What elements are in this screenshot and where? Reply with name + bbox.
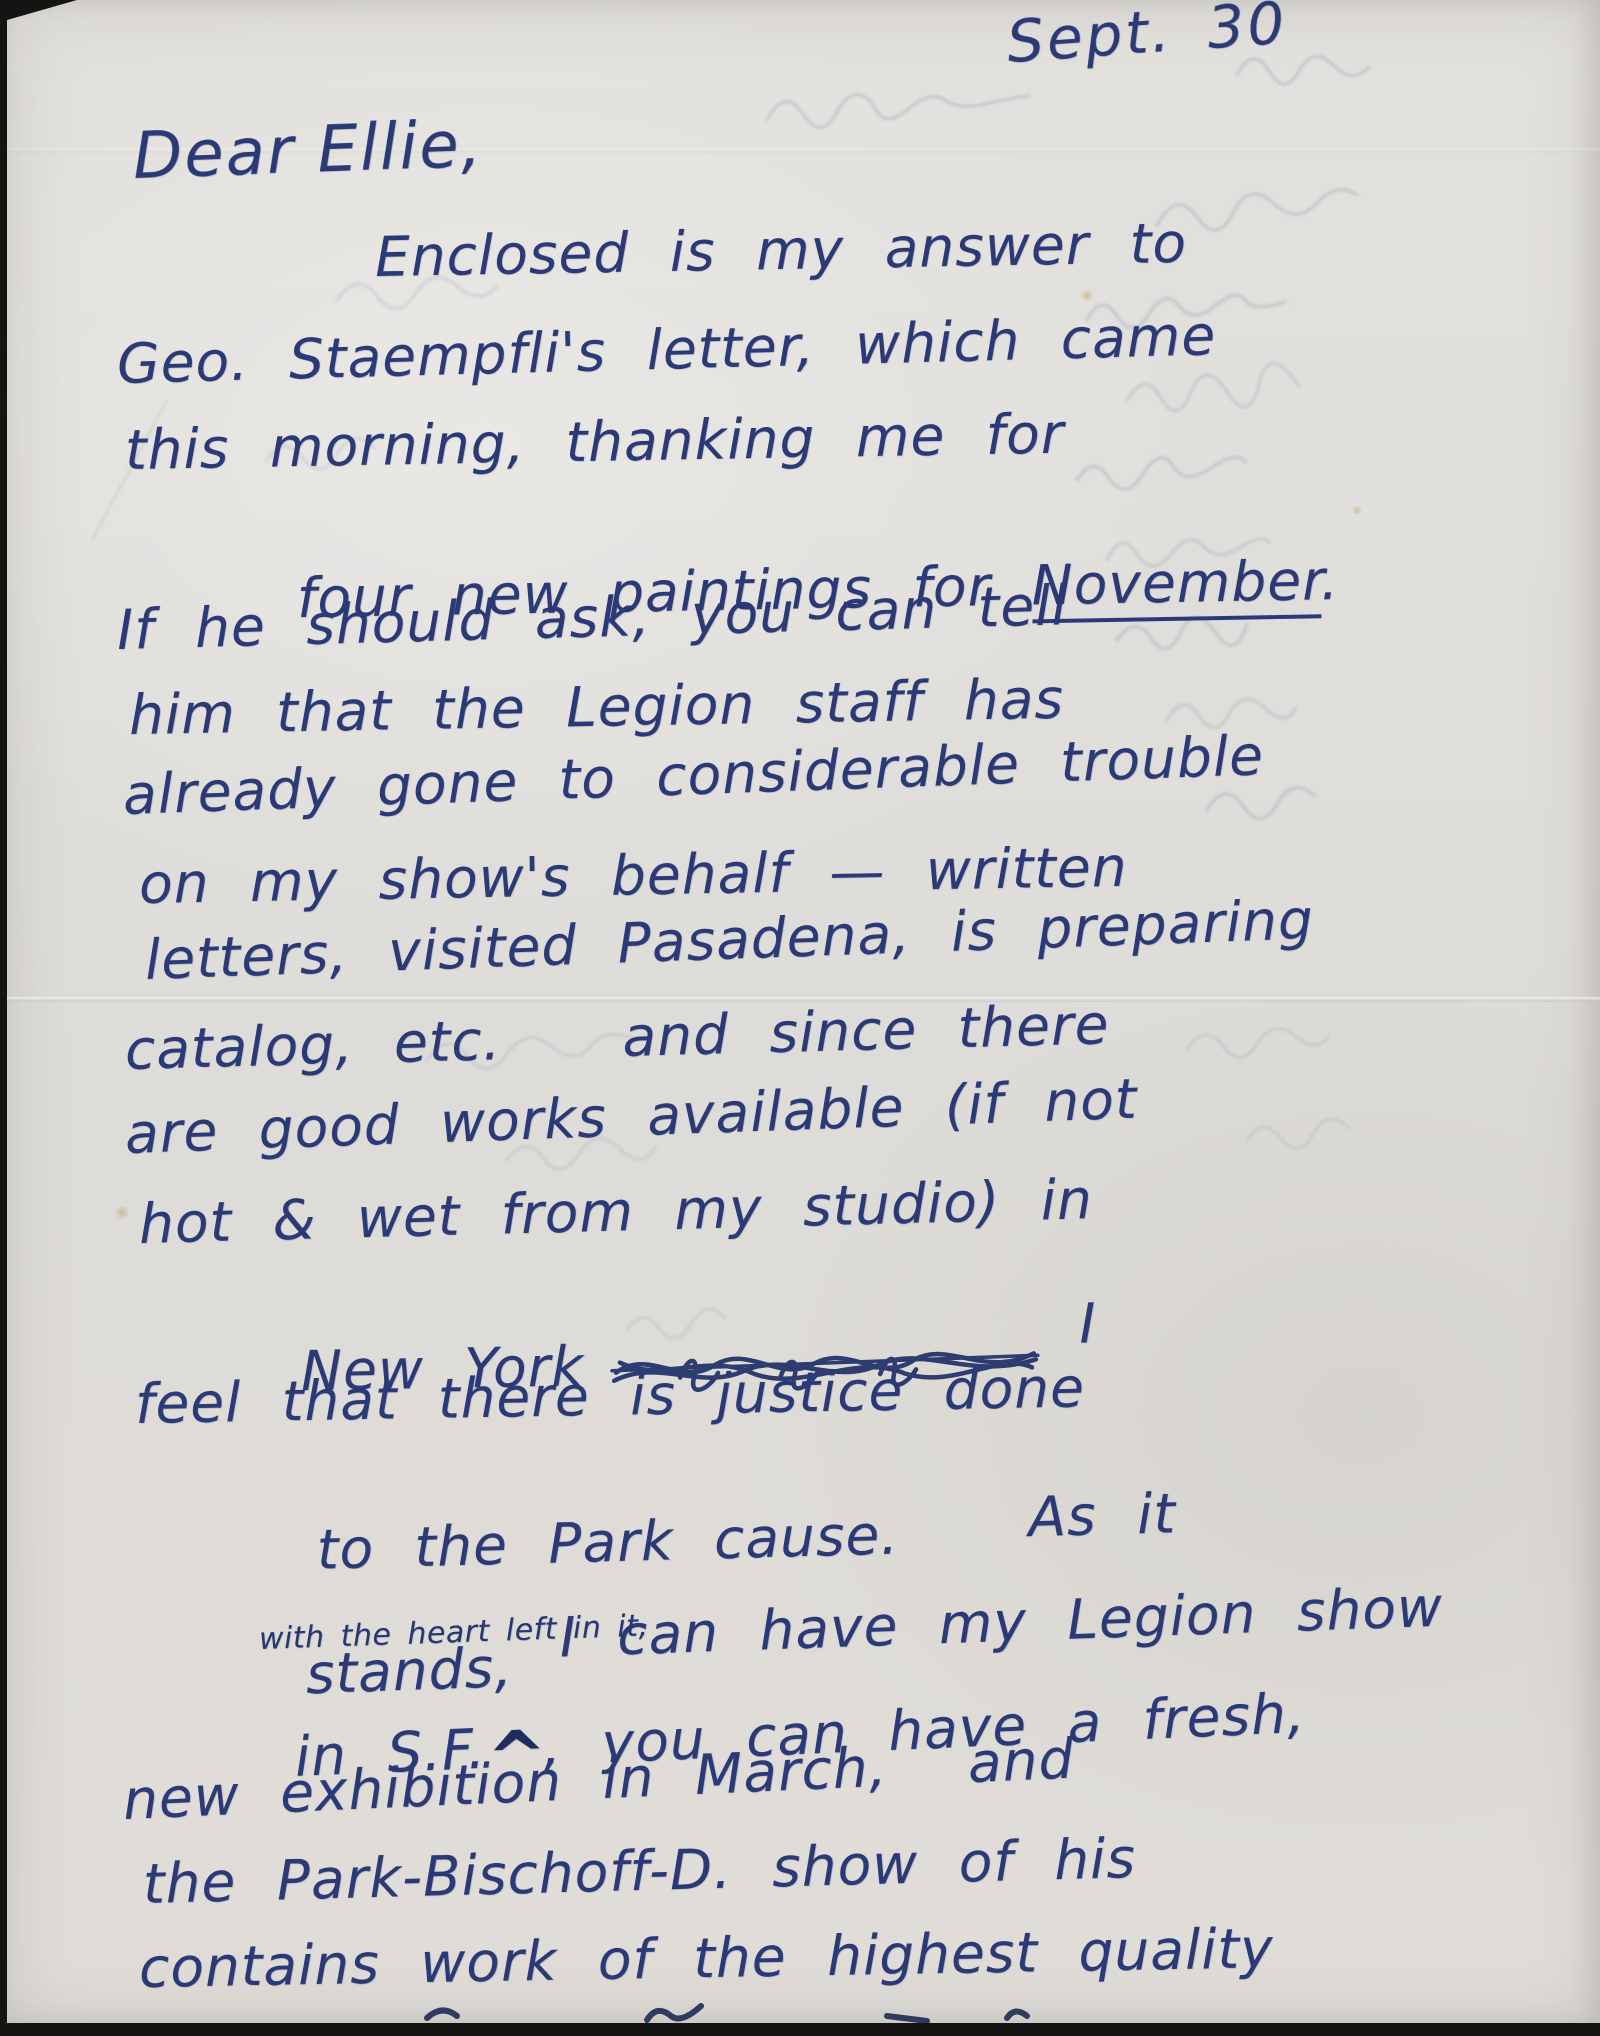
- letter-line: Geo. Staempfli's letter, which came: [116, 303, 1217, 396]
- letter-line: are good works available (if not: [124, 1067, 1138, 1166]
- scan-corner-notch: [7, 0, 77, 20]
- letter-date: Sept. 30: [1005, 0, 1290, 76]
- letter-paper: Sept. 30 Dear Ellie, Enclosed is my answ…: [7, 0, 1600, 2023]
- paper-stain: [113, 1206, 131, 1219]
- paper-stain: [1351, 506, 1363, 515]
- letter-line: contains work of the highest quality: [138, 1916, 1274, 2000]
- line-text: I: [1079, 1291, 1097, 1355]
- letter-line: hot & wet from my studio) in: [138, 1167, 1093, 1256]
- letter-line: Enclosed is my answer to: [374, 211, 1187, 289]
- underlined-word-november: November: [1031, 548, 1321, 623]
- letter-line: catalog, etc. and since there: [124, 992, 1110, 1082]
- letter-salutation: Dear Ellie,: [132, 108, 484, 194]
- line-text: .: [1320, 548, 1340, 612]
- letter-line: this morning, thanking me for: [124, 402, 1064, 482]
- paper-stain: [1079, 290, 1095, 301]
